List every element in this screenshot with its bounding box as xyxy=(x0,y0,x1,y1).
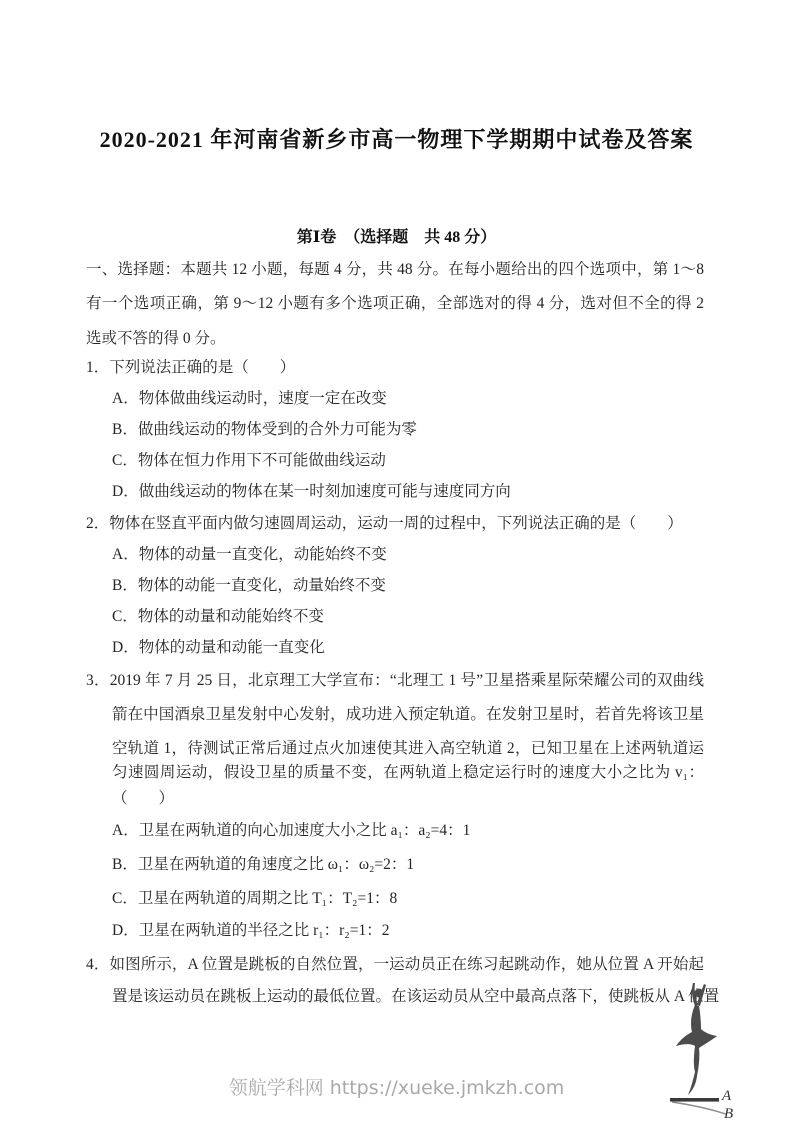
springboard-curve-b xyxy=(672,1102,726,1114)
question-2-option-a: A．物体的动量一直变化，动能始终不变 xyxy=(112,544,387,566)
question-3-stem-line: 匀速圆周运动，假设卫星的质量不变，在两轨道上稳定运行时的速度大小之比为 v₁：v… xyxy=(112,762,704,784)
question-1-option-c: C．物体在恒力作用下不可能做曲线运动 xyxy=(112,450,386,472)
intro-line: 有一个选项正确，第 9～12 小题有多个选项正确，全部选对的得 4 分，选对但不… xyxy=(86,293,704,315)
question-4-stem-line: 4．如图所示，A 位置是跳板的自然位置，一运动员正在练习起跳动作，她从位置 A … xyxy=(86,954,704,976)
question-3-stem-line: 箭在中国酒泉卫星发射中心发射，成功进入预定轨道。在发射卫星时，若首先将该卫星发射… xyxy=(112,704,704,726)
question-2-option-c: C．物体的动量和动能始终不变 xyxy=(112,606,324,628)
question-3-stem-line: 3．2019 年 7 月 25 日，北京理工大学宣布：“北理工 1 号”卫星搭乘… xyxy=(86,670,704,692)
diver-springboard-figure: A B xyxy=(648,980,793,1122)
question-3-option-d: D．卫星在两轨道的半径之比 r₁：r₂=1：2 xyxy=(112,920,389,942)
question-1-option-b: B．做曲线运动的物体受到的合外力可能为零 xyxy=(112,419,417,441)
question-4-stem-line: 置是该运动员在跳板上运动的最低位置。在该运动员从空中最高点落下，使跳板从 A 位… xyxy=(112,986,719,1008)
section-heading: 第Ⅰ卷 （选择题 共 48 分） xyxy=(0,224,793,247)
question-2-stem: 2．物体在竖直平面内做匀速圆周运动，运动一周的过程中，下列说法正确的是（ ） xyxy=(86,513,683,535)
diver-silhouette-icon xyxy=(648,980,793,1122)
question-1-option-a: A．物体做曲线运动时，速度一定在改变 xyxy=(112,388,387,410)
question-1-option-d: D．做曲线运动的物体在某一时刻加速度可能与速度同方向 xyxy=(112,481,511,503)
question-1-stem: 1．下列说法正确的是（ ） xyxy=(86,357,295,379)
question-3-option-b: B．卫星在两轨道的角速度之比 ω₁：ω₂=2：1 xyxy=(112,854,414,876)
question-2-option-b: B．物体的动能一直变化，动量始终不变 xyxy=(112,575,386,597)
question-3-option-a: A．卫星在两轨道的向心加速度大小之比 a₁：a₂=4：1 xyxy=(112,820,470,842)
question-3-stem-line: （ ） xyxy=(112,788,174,810)
question-3-option-c: C．卫星在两轨道的周期之比 T₁：T₂=1：8 xyxy=(112,888,397,910)
intro-line: 一、选择题：本题共 12 小题，每题 4 分，共 48 分。在每小题给出的四个选… xyxy=(86,259,704,281)
intro-line: 选或不答的得 0 分。 xyxy=(86,328,226,350)
figure-label-b: B xyxy=(724,1106,733,1122)
page-title: 2020-2021 年河南省新乡市高一物理下学期期中试卷及答案 xyxy=(0,123,793,154)
watermark-footer: 领航学科网 https://xueke.jmkzh.com xyxy=(0,1073,793,1100)
exam-page: 2020-2021 年河南省新乡市高一物理下学期期中试卷及答案 第Ⅰ卷 （选择题… xyxy=(0,0,793,1122)
question-2-option-d: D．物体的动量和动能一直变化 xyxy=(112,637,325,659)
question-3-stem-line: 空轨道 1，待测试正常后通过点火加速使其进入高空轨道 2，已知卫星在上述两轨道运… xyxy=(112,738,704,760)
